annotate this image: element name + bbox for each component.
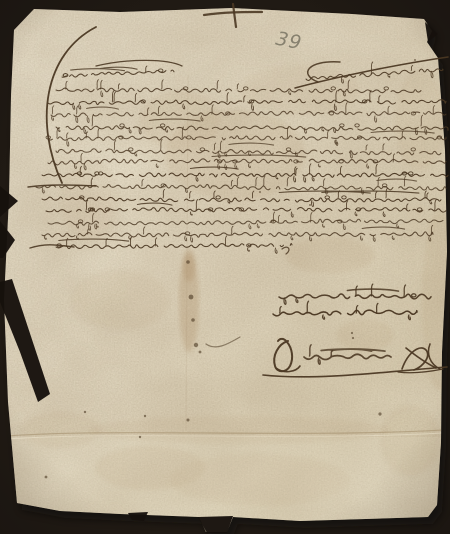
ink-speck — [45, 476, 48, 479]
ink-speck — [189, 295, 194, 300]
ink-speck — [378, 412, 381, 415]
ink-speck — [414, 59, 416, 61]
ink-speck — [352, 337, 354, 339]
ink-speck — [199, 351, 202, 354]
stain — [395, 70, 445, 170]
ink-speck — [186, 260, 190, 264]
stain — [90, 416, 390, 444]
photo-backdrop: 39 — [0, 0, 450, 534]
ink-speck — [194, 343, 198, 347]
manuscript-photo: 39 — [0, 0, 450, 534]
stain — [380, 405, 440, 475]
stain — [285, 237, 375, 273]
ink-speck — [144, 415, 146, 417]
stain — [170, 454, 350, 506]
ink-speck — [139, 436, 141, 438]
ink-speck — [187, 419, 190, 422]
stain — [70, 270, 170, 330]
ink-speck — [259, 191, 261, 193]
stain — [183, 254, 195, 282]
stain — [337, 319, 393, 351]
ink-speck — [351, 332, 353, 334]
ink-speck — [309, 204, 311, 206]
ink-speck — [84, 411, 86, 413]
ink-speck — [191, 318, 195, 322]
paper-sheet: 39 — [0, 0, 450, 534]
stain — [20, 412, 100, 448]
